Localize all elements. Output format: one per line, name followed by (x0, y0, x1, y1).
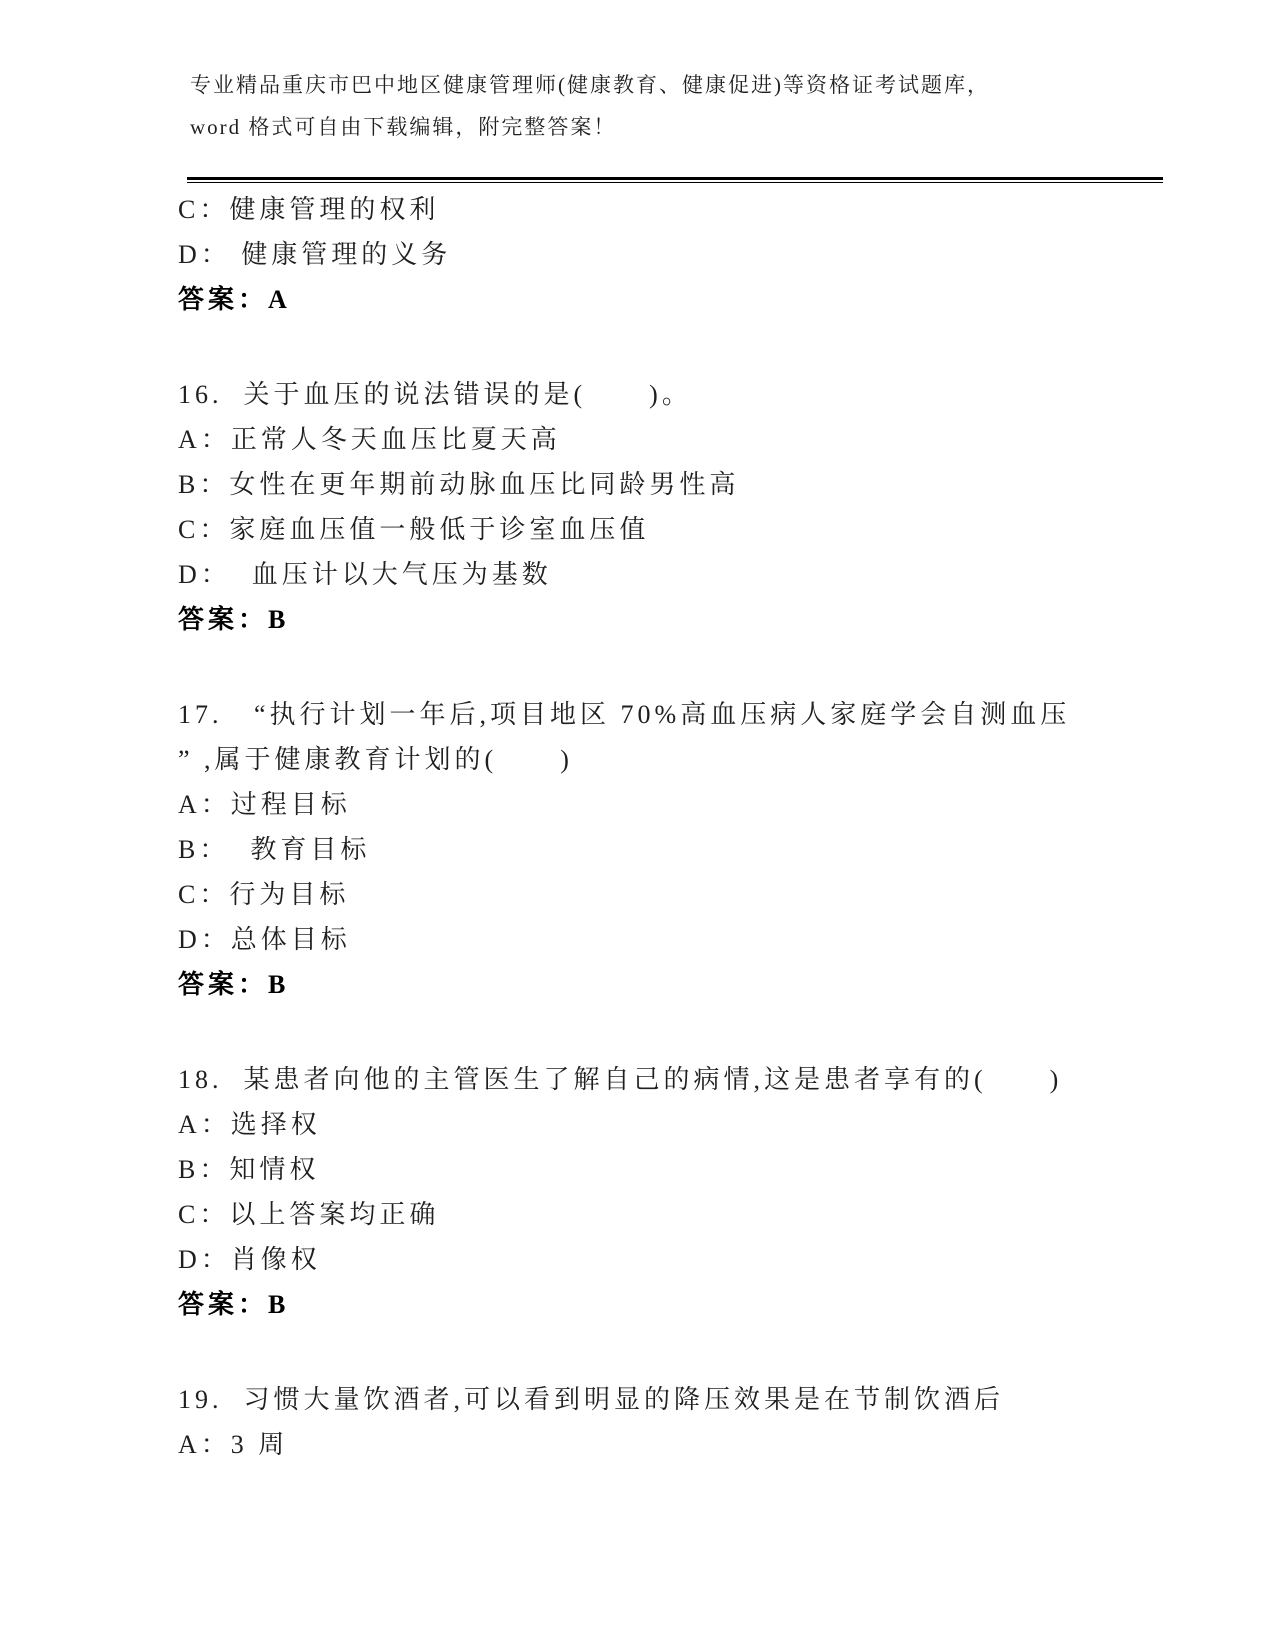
question-17-stem-line-2: ” ,属于健康教育计划的( ) (178, 737, 1208, 782)
rule-thin-line (187, 182, 1163, 183)
question-17-stem-line-1: 17. “执行计划一年后,项目地区 70%高血压病人家庭学会自测血压 (178, 692, 1208, 737)
header-line-1: 专业精品重庆市巴中地区健康管理师(健康教育、健康促进)等资格证考试题库， (190, 64, 1180, 106)
document-page: 专业精品重庆市巴中地区健康管理师(健康教育、健康促进)等资格证考试题库， wor… (0, 0, 1275, 1650)
document-content: C：健康管理的权利 D： 健康管理的义务 答案：A 16. 关于血压的说法错误的… (178, 187, 1208, 1467)
question-17-option-c: C：行为目标 (178, 872, 1208, 917)
question-16-option-c: C：家庭血压值一般低于诊室血压值 (178, 507, 1208, 552)
question-18-stem: 18. 某患者向他的主管医生了解自己的病情,这是患者享有的( ) (178, 1057, 1208, 1102)
question-18-answer: 答案：B (178, 1282, 1208, 1327)
question-16-option-d: D： 血压计以大气压为基数 (178, 552, 1208, 597)
question-18: 18. 某患者向他的主管医生了解自己的病情,这是患者享有的( ) A：选择权 B… (178, 1057, 1208, 1327)
question-17-option-d: D：总体目标 (178, 917, 1208, 962)
question-18-option-b: B：知情权 (178, 1147, 1208, 1192)
question-18-option-a: A：选择权 (178, 1102, 1208, 1147)
question-18-option-d: D：肖像权 (178, 1237, 1208, 1282)
question-16: 16. 关于血压的说法错误的是( )。 A：正常人冬天血压比夏天高 B：女性在更… (178, 372, 1208, 642)
question-15-option-c: C：健康管理的权利 (178, 187, 1208, 232)
question-16-stem: 16. 关于血压的说法错误的是( )。 (178, 372, 1208, 417)
question-15-answer: 答案：A (178, 277, 1208, 322)
rule-thick-line (187, 177, 1163, 180)
question-19-option-a: A：3 周 (178, 1422, 1208, 1467)
document-header: 专业精品重庆市巴中地区健康管理师(健康教育、健康促进)等资格证考试题库， wor… (190, 64, 1180, 148)
header-line-2: word 格式可自由下载编辑，附完整答案！ (190, 106, 1180, 148)
question-15-option-d: D： 健康管理的义务 (178, 232, 1208, 277)
question-19: 19. 习惯大量饮酒者,可以看到明显的降压效果是在节制饮酒后 A：3 周 (178, 1377, 1208, 1467)
question-17: 17. “执行计划一年后,项目地区 70%高血压病人家庭学会自测血压 ” ,属于… (178, 692, 1208, 1007)
question-17-option-a: A：过程目标 (178, 782, 1208, 827)
question-15-continuation: C：健康管理的权利 D： 健康管理的义务 答案：A (178, 187, 1208, 322)
question-18-option-c: C：以上答案均正确 (178, 1192, 1208, 1237)
question-17-answer: 答案：B (178, 962, 1208, 1007)
question-16-option-b: B：女性在更年期前动脉血压比同龄男性高 (178, 462, 1208, 507)
question-16-answer: 答案：B (178, 597, 1208, 642)
header-rule (187, 177, 1163, 183)
question-17-option-b: B： 教育目标 (178, 827, 1208, 872)
question-19-stem: 19. 习惯大量饮酒者,可以看到明显的降压效果是在节制饮酒后 (178, 1377, 1208, 1422)
question-16-option-a: A：正常人冬天血压比夏天高 (178, 417, 1208, 462)
